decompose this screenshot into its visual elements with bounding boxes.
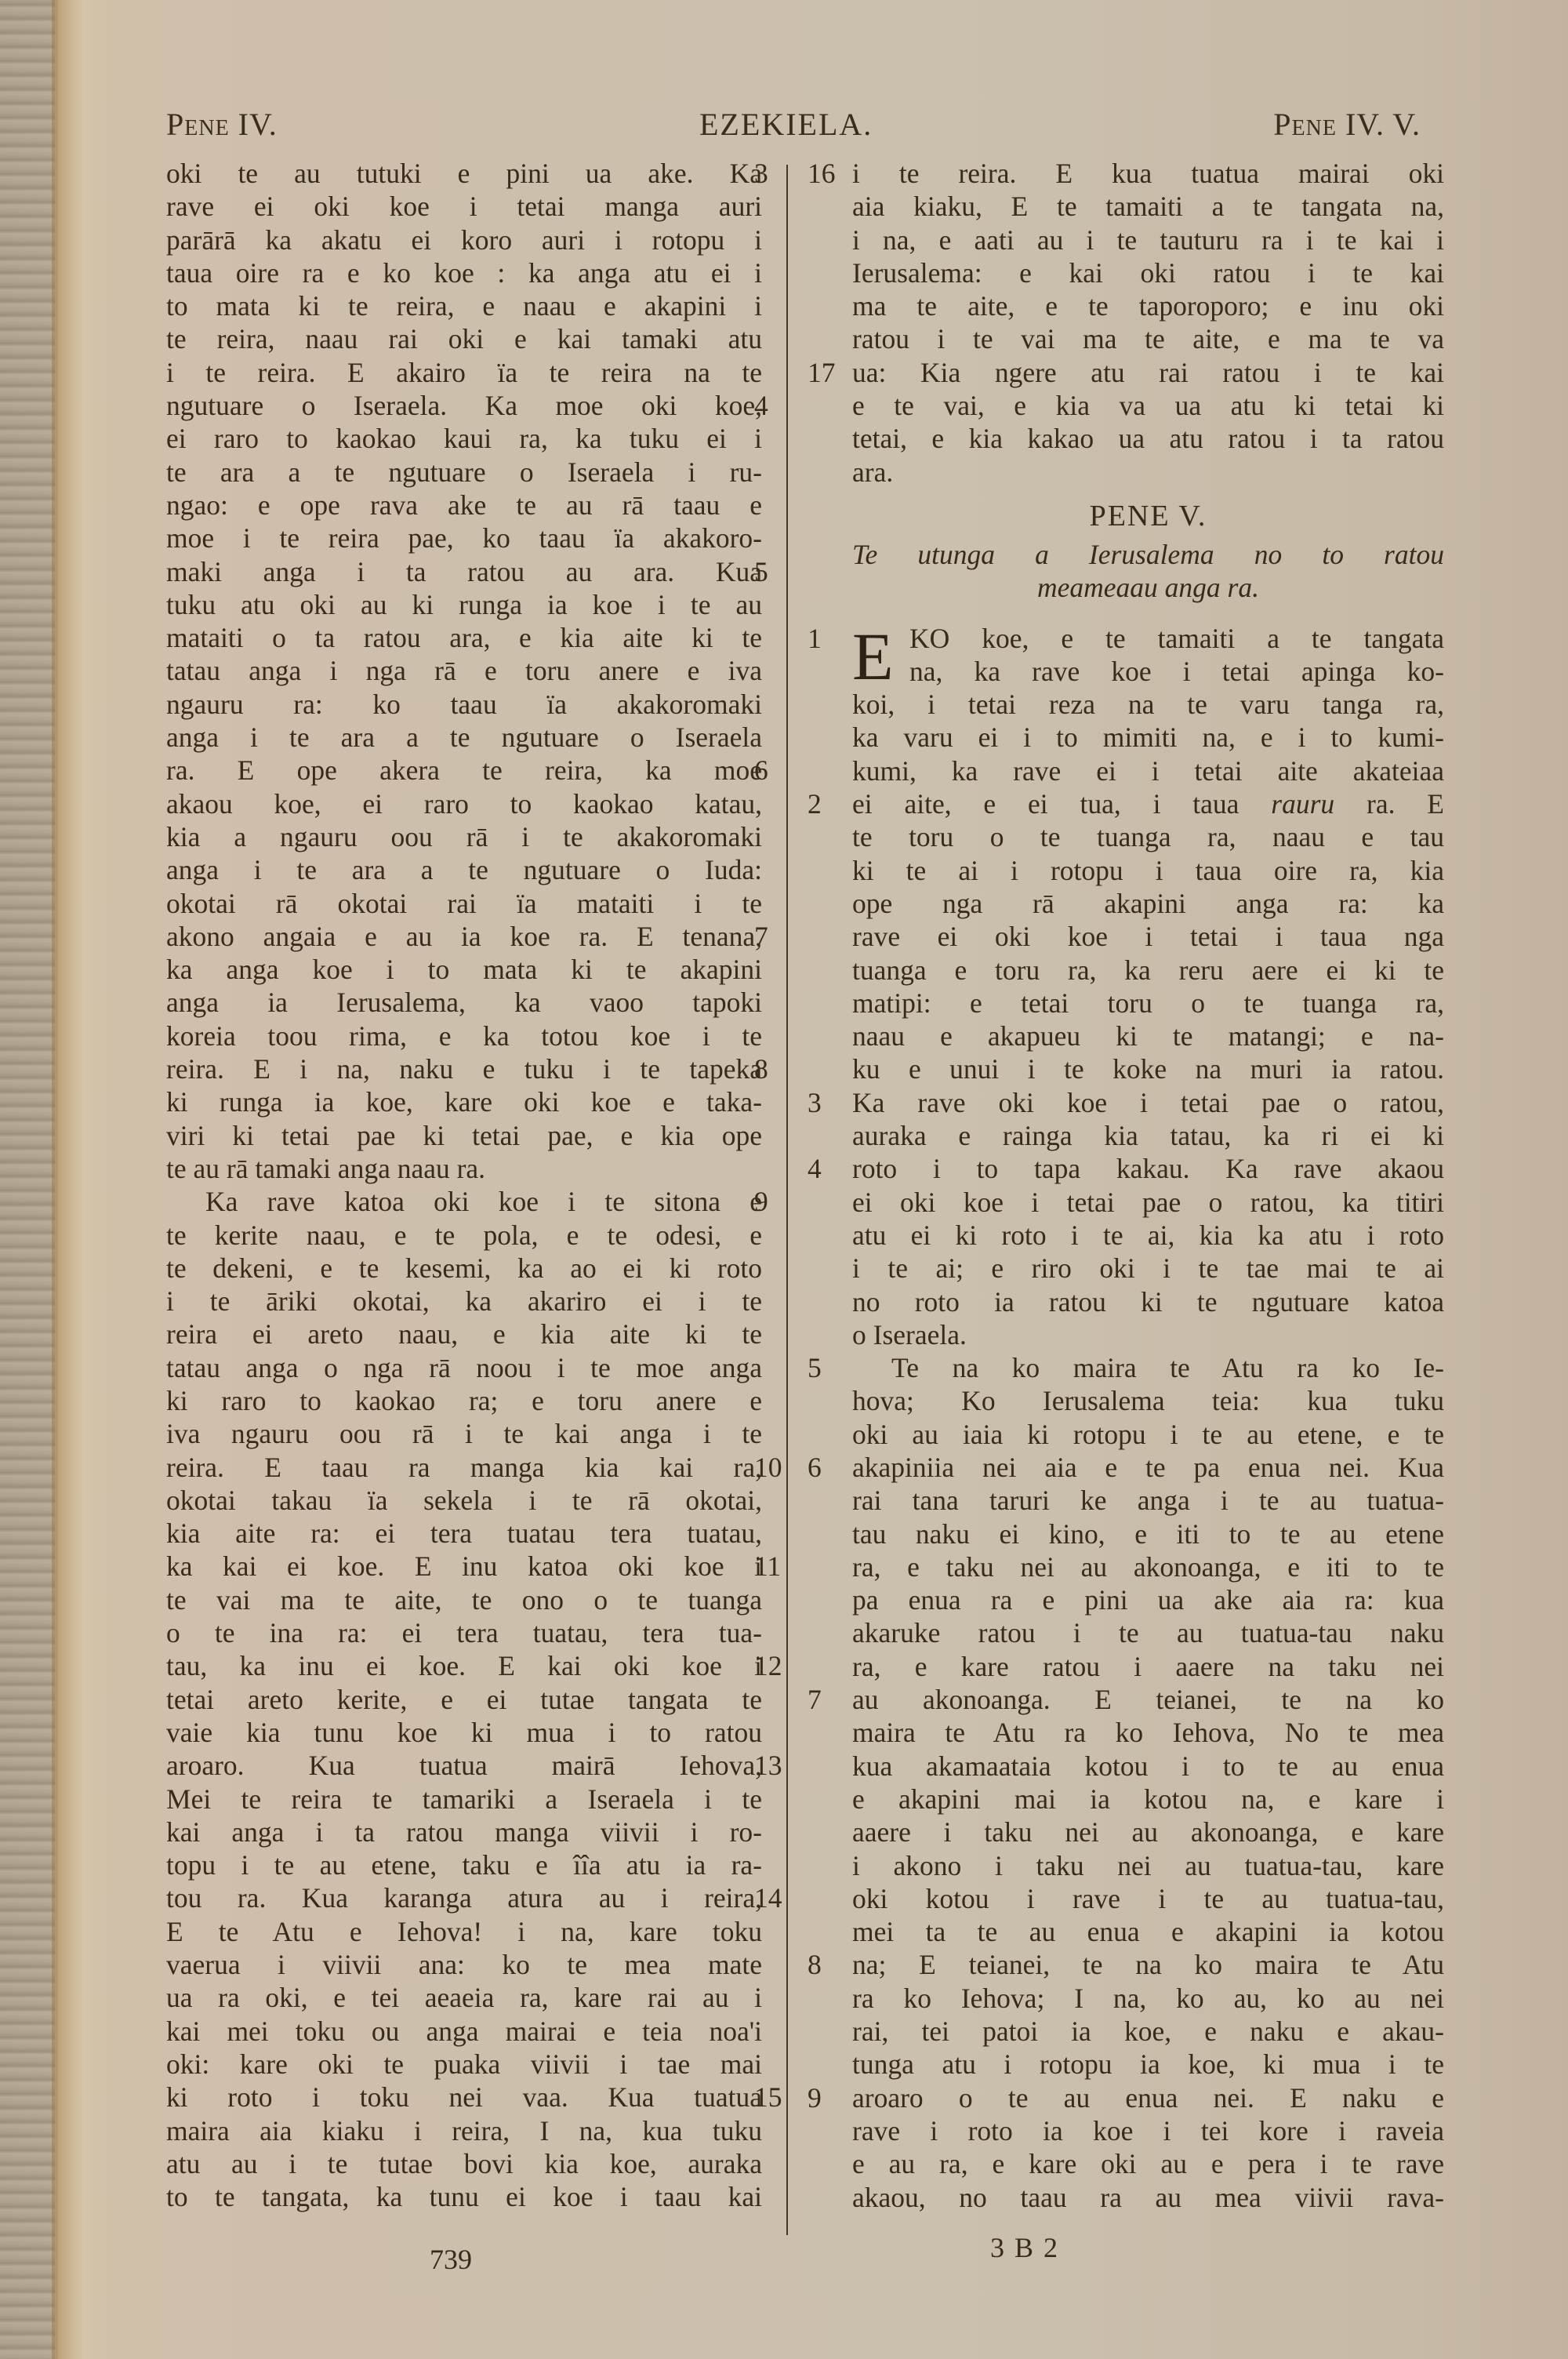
verse-number: 11 — [754, 1550, 786, 1583]
line-text: mei ta te au enua e akapini ia kotou — [852, 1915, 1444, 1948]
text-line: rai tana taruri ke anga i te au tuatua- — [808, 1484, 1427, 1517]
text-line: auraka e rainga kia tatau, ka ri ei ki — [808, 1119, 1427, 1152]
text-line: kai anga i ta ratou manga viivii i ro- — [166, 1816, 774, 1848]
line-text: i te reira. E kua tuatua mairai oki — [852, 157, 1444, 190]
line-text: ei aite, e ei tua, i taua rauru ra. E — [852, 787, 1444, 820]
verse-number: 7 — [808, 1683, 839, 1716]
line-text: ka kai ei koe. E inu katoa oki koe i — [166, 1550, 762, 1583]
text-line: i te āriki okotai, ka akariro ei i te — [166, 1285, 774, 1318]
text-line: kia a ngauru oou rā i te akakoromaki — [166, 820, 774, 853]
text-line: oki kotou i rave i te au tuatua-tau, — [808, 1882, 1427, 1915]
line-text: Mei te reira te tamariki a Iseraela i te — [166, 1783, 762, 1816]
text-line: moe i te reira pae, ko taau ïa akakoro- — [166, 522, 774, 554]
line-text: ka varu ei i to mimiti na, e i to kumi- — [852, 721, 1444, 754]
line-text: ua: Kia ngere atu rai ratou i te kai — [852, 356, 1444, 389]
text-line: ka kai ei koe. E inu katoa oki koe i11 — [166, 1550, 774, 1583]
verse-number: 9 — [754, 1185, 786, 1218]
line-text: ei oki koe i tetai pae o ratou, ka titir… — [852, 1186, 1444, 1219]
verse-number: 4 — [808, 1152, 839, 1185]
line-text: te reira, naau rai oki e kai tamaki atu — [166, 322, 762, 355]
verse-number: 6 — [808, 1451, 839, 1484]
text-line: e akapini mai ia kotou na, e kare i — [808, 1783, 1427, 1816]
line-text: ra ko Iehova; I na, ko au, ko au nei — [852, 1982, 1444, 2015]
text-line: E te Atu e Iehova! i na, kare toku — [166, 1915, 774, 1948]
chapter-heading: PENE V. — [852, 489, 1444, 543]
text-line: matipi: e tetai toru o te tuanga ra, — [808, 987, 1427, 1020]
text-line: ra. E ope akera te reira, ka moe6 — [166, 754, 774, 787]
text-line: te vai ma te aite, te ono o te tuanga — [166, 1583, 774, 1616]
verse-number: 15 — [754, 2081, 786, 2114]
line-text: moe i te reira pae, ko taau ïa akakoro- — [166, 522, 762, 554]
text-line: kai mei toku ou anga mairai e teia noa'i — [166, 2015, 774, 2048]
running-head-left: Pene IV. — [166, 106, 278, 143]
text-line: 5Te na ko maira te Atu ra ko Ie- — [808, 1351, 1427, 1384]
line-text: akono angaia e au ia koe ra. E tenana, — [166, 920, 762, 953]
gutter-shadow — [52, 0, 83, 2359]
text-line: akono angaia e au ia koe ra. E tenana,7 — [166, 920, 774, 953]
line-text: ngauru ra: ko taau ïa akakoromaki — [166, 688, 762, 721]
text-line: oki te au tutuki e pini ua ake. Ka3 — [166, 157, 774, 190]
line-text: o Iseraela. — [852, 1318, 1444, 1351]
chapter-summary-line: meameaau anga ra. — [808, 571, 1427, 604]
line-text: ra, e kare ratou i aaere na taku nei — [852, 1650, 1444, 1683]
verse-number: 2 — [808, 787, 839, 820]
text-line: 16i te reira. E kua tuatua mairai oki — [808, 157, 1427, 190]
text-line: 8na; E teianei, te na ko maira te Atu — [808, 1948, 1427, 1981]
line-text: pa enua ra e pini ua ake aia ra: kua — [852, 1583, 1444, 1616]
line-text: ope nga rā akapini anga ra: ka — [852, 887, 1444, 920]
text-line: rave ei oki koe i tetai i taua nga — [808, 920, 1427, 953]
chapter-summary-line: Te utunga a Ierusalema no to ratou — [808, 538, 1427, 571]
line-text: matipi: e tetai toru o te tuanga ra, — [852, 987, 1444, 1020]
text-line: kua akamaataia kotou i to te au enua — [808, 1750, 1427, 1783]
text-line: te au rā tamaki anga naau ra. — [166, 1152, 774, 1185]
running-head-right: Pene IV. V. — [1273, 106, 1421, 143]
line-text: te dekeni, e te kesemi, ka ao ei ki roto — [166, 1252, 762, 1285]
text-line: anga ia Ierusalema, ka vaoo tapoki — [166, 986, 774, 1019]
line-text: E te Atu e Iehova! i na, kare toku — [166, 1915, 762, 1948]
verse-number: 12 — [754, 1649, 786, 1682]
text-line: naau e akapueu ki te matangi; e na- — [808, 1020, 1427, 1052]
previous-page-curl — [0, 0, 58, 2359]
verse-number: 1 — [808, 622, 839, 655]
text-line: o Iseraela. — [808, 1318, 1427, 1351]
line-text: kua akamaataia kotou i to te au enua — [852, 1750, 1444, 1783]
line-text: iva ngauru oou rā i te kai anga i te — [166, 1417, 762, 1450]
verse-number: 8 — [754, 1052, 786, 1085]
line-text: oki te au tutuki e pini ua ake. Ka — [166, 157, 762, 190]
line-text: kai mei toku ou anga mairai e teia noa'i — [166, 2015, 762, 2048]
chapter-summary-text: meameaau anga ra. — [852, 571, 1444, 604]
line-text: ki runga ia koe, kare oki koe e taka- — [166, 1085, 762, 1118]
text-line: hova; Ko Ierusalema teia: kua tuku — [808, 1384, 1427, 1417]
text-line: Ierusalema: e kai oki ratou i te kai — [808, 256, 1427, 289]
text-line: ka anga koe i to mata ki te akapini — [166, 953, 774, 986]
line-text: parārā ka akatu ei koro auri i rotopu i — [166, 224, 762, 256]
line-text: tetai, e kia kakao ua atu ratou i ta rat… — [852, 422, 1444, 455]
line-text: to mata ki te reira, e naau e akapini i — [166, 289, 762, 322]
text-line: akaou koe, ei raro to kaokao katau, — [166, 787, 774, 820]
line-text: to te tangata, ka tunu ei koe i taau kai — [166, 2180, 762, 2213]
text-line: ua ra oki, e tei aeaeia ra, kare rai au … — [166, 1981, 774, 2014]
verse-number: 17 — [808, 356, 839, 389]
verse-number: 7 — [754, 920, 786, 953]
text-line: 1KO koe, e te tamaiti a te tangataE — [808, 622, 1427, 655]
line-text: te kerite naau, e te pola, e te odesi, e — [166, 1219, 762, 1252]
chapter-summary-text: Te utunga a Ierusalema no to ratou — [852, 538, 1444, 571]
line-text: akaruke ratou i te au tuatua-tau naku — [852, 1616, 1444, 1649]
text-line: aia kiaku, E te tamaiti a te tangata na, — [808, 190, 1427, 223]
text-line: Ka rave katoa oki koe i te sitona e9 — [166, 1185, 774, 1218]
line-text: tatau anga o nga rā noou i te moe anga — [166, 1351, 762, 1384]
line-text: ki raro to kaokao ra; e toru anere e — [166, 1384, 762, 1417]
line-text: au akonoanga. E teianei, te na ko — [852, 1683, 1444, 1716]
line-text: aroaro o te au enua nei. E naku e — [852, 2081, 1444, 2114]
line-text: i te reira. E akairo ïa te reira na te — [166, 356, 762, 389]
verse-number: 9 — [808, 2081, 839, 2114]
line-text: vaie kia tunu koe ki mua i to ratou — [166, 1716, 762, 1749]
text-line: tetai, e kia kakao ua atu ratou i ta rat… — [808, 422, 1427, 455]
running-head-title: EZEKIELA. — [699, 106, 873, 143]
line-text: te ara a te ngutuare o Iseraela i ru- — [166, 456, 762, 489]
line-text: oki au iaia ki rotopu i te au etene, e t… — [852, 1418, 1444, 1451]
line-text: rave ei oki koe i tetai manga auri — [166, 190, 762, 223]
line-text: aia kiaku, E te tamaiti a te tangata na, — [852, 190, 1444, 223]
text-line: ki te ai i rotopu i taua oire ra, kia — [808, 854, 1427, 887]
line-text: tetai areto kerite, e ei tutae tangata t… — [166, 1683, 762, 1716]
line-text: rai tana taruri ke anga i te au tuatua- — [852, 1484, 1444, 1517]
text-line: ngutuare o Iseraela. Ka moe oki koe,4 — [166, 389, 774, 422]
line-text: ra, e taku nei au akonoanga, e iti to te — [852, 1550, 1444, 1583]
line-text: tuku atu oki au ki runga ia koe i te au — [166, 588, 762, 621]
text-line: te kerite naau, e te pola, e te odesi, e — [166, 1219, 774, 1252]
line-text: rave ei oki koe i tetai i taua nga — [852, 920, 1444, 953]
line-text: ua ra oki, e tei aeaeia ra, kare rai au … — [166, 1981, 762, 2014]
line-text: akaou, no taau ra au mea viivii rava- — [852, 2181, 1444, 2214]
text-line: ki raro to kaokao ra; e toru anere e — [166, 1384, 774, 1417]
text-line: vaerua i viivii ana: ko te mea mate — [166, 1948, 774, 1981]
chapter-heading-row: PENE V. — [808, 489, 1427, 538]
text-line: i na, e aati au i te tauturu ra i te kai… — [808, 224, 1427, 256]
line-text: viri ki tetai pae ki tetai pae, e kia op… — [166, 1119, 762, 1152]
line-text: te toru o te tuanga ra, naau e tau — [852, 820, 1444, 853]
line-text: te au rā tamaki anga naau ra. — [166, 1152, 762, 1185]
line-text: tuanga e toru ra, ka reru aere ei ki te — [852, 954, 1444, 987]
italic-word: rauru — [1271, 788, 1334, 820]
text-line: ra ko Iehova; I na, ko au, ko au nei — [808, 1982, 1427, 2015]
line-text: ki te ai i rotopu i taua oire ra, kia — [852, 854, 1444, 887]
line-text: ki roto i toku nei vaa. Kua tuatua — [166, 2081, 762, 2114]
text-line: maki anga i ta ratou au ara. Kua5 — [166, 555, 774, 588]
text-line: tuanga e toru ra, ka reru aere ei ki te — [808, 954, 1427, 987]
text-line: e au ra, e kare oki au e pera i te rave — [808, 2147, 1427, 2180]
text-line: ei raro to kaokao kaui ra, ka tuku ei i — [166, 422, 774, 455]
line-text: na; E teianei, te na ko maira te Atu — [852, 1948, 1444, 1981]
line-text: Ka rave oki koe i tetai pae o ratou, — [852, 1086, 1444, 1119]
line-text: ngao: e ope rava ake te au rā taau e — [166, 489, 762, 522]
line-text: atu ei ki roto i te ai, kia ka atu i rot… — [852, 1219, 1444, 1252]
right-column: 16i te reira. E kua tuatua mairai okiaia… — [808, 157, 1427, 2214]
text-line: to mata ki te reira, e naau e akapini i — [166, 289, 774, 322]
text-line: reira. E taau ra manga kia kai ra,10 — [166, 1451, 774, 1484]
verse-number: 3 — [808, 1086, 839, 1119]
text-line: tau, ka inu ei koe. E kai oki koe i12 — [166, 1649, 774, 1682]
text-line: maira te Atu ra ko Iehova, No te mea — [808, 1716, 1427, 1749]
text-line: 3Ka rave oki koe i tetai pae o ratou, — [808, 1086, 1427, 1119]
text-line: akaou, no taau ra au mea viivii rava- — [808, 2181, 1427, 2214]
column-divider — [786, 165, 788, 2235]
page-number: 739 — [430, 2243, 472, 2276]
line-text: vaerua i viivii ana: ko te mea mate — [166, 1948, 762, 1981]
line-text: no roto ia ratou ki te ngutuare katoa — [852, 1285, 1444, 1318]
text-line: 4roto i to tapa kakau. Ka rave akaou — [808, 1152, 1427, 1185]
text-line: mei ta te au enua e akapini ia kotou — [808, 1915, 1427, 1948]
text-line: aaere i taku nei au akonoanga, e kare — [808, 1816, 1427, 1848]
line-text: kai anga i ta ratou manga viivii i ro- — [166, 1816, 762, 1848]
text-line: to te tangata, ka tunu ei koe i taau kai — [166, 2180, 774, 2213]
line-text: anga i te ara a te ngutuare o Iuda: — [166, 853, 762, 886]
line-text: i te āriki okotai, ka akariro ei i te — [166, 1285, 762, 1318]
text-line: parārā ka akatu ei koro auri i rotopu i — [166, 224, 774, 256]
line-text: ngutuare o Iseraela. Ka moe oki koe, — [166, 389, 762, 422]
line-text: kia a ngauru oou rā i te akakoromaki — [166, 820, 762, 853]
line-text: reira ei areto naau, e kia aite ki te — [166, 1318, 762, 1350]
verse-number: 13 — [754, 1749, 786, 1782]
line-text: Ierusalema: e kai oki ratou i te kai — [852, 256, 1444, 289]
line-text: tau, ka inu ei koe. E kai oki koe i — [166, 1649, 762, 1682]
text-line: topu i te au etene, taku e îîa atu ia ra… — [166, 1848, 774, 1881]
line-text: ei raro to kaokao kaui ra, ka tuku ei i — [166, 422, 762, 455]
text-line: ki roto i toku nei vaa. Kua tuatua15 — [166, 2081, 774, 2114]
line-text: tatau anga i nga rā e toru anere e iva — [166, 654, 762, 687]
text-line: i akono i taku nei au tuatua-tau, kare — [808, 1849, 1427, 1882]
line-text: auraka e rainga kia tatau, ka ri ei ki — [852, 1119, 1444, 1152]
line-text: topu i te au etene, taku e îîa atu ia ra… — [166, 1848, 762, 1881]
text-line: ku e unui i te koke na muri ia ratou. — [808, 1052, 1427, 1085]
text-line: maira aia kiaku i reira, I na, kua tuku — [166, 2114, 774, 2147]
text-line: rai, tei patoi ia koe, e naku e akau- — [808, 2015, 1427, 2048]
text-line: vaie kia tunu koe ki mua i to ratou — [166, 1716, 774, 1749]
line-text: ara. — [852, 456, 1444, 489]
text-line: tetai areto kerite, e ei tutae tangata t… — [166, 1683, 774, 1716]
line-text: ratou i te vai ma te aite, e ma te va — [852, 322, 1444, 355]
text-line: ngauru ra: ko taau ïa akakoromaki — [166, 688, 774, 721]
text-line: mataiti o ta ratou ara, e kia aite ki te — [166, 621, 774, 654]
signature-mark: 3 B 2 — [990, 2231, 1059, 2264]
line-text: e au ra, e kare oki au e pera i te rave — [852, 2147, 1444, 2180]
verse-number: 8 — [808, 1948, 839, 1981]
text-line: okotai rā okotai rai ïa mataiti i te — [166, 887, 774, 920]
line-text: okotai rā okotai rai ïa mataiti i te — [166, 887, 762, 920]
line-text: rave i roto ia koe i tei kore i raveia — [852, 2114, 1444, 2147]
verse-number: 5 — [754, 555, 786, 588]
line-text: aroaro. Kua tuatua mairā Iehova, — [166, 1749, 762, 1782]
verse-number: 3 — [754, 157, 786, 190]
line-text: roto i to tapa kakau. Ka rave akaou — [852, 1152, 1444, 1185]
line-text: maira aia kiaku i reira, I na, kua tuku — [166, 2114, 762, 2147]
text-line: Mei te reira te tamariki a Iseraela i te — [166, 1783, 774, 1816]
text-line: oki au iaia ki rotopu i te au etene, e t… — [808, 1418, 1427, 1451]
line-text: oki kotou i rave i te au tuatua-tau, — [852, 1882, 1444, 1915]
line-text: te vai ma te aite, te ono o te tuanga — [166, 1583, 762, 1616]
line-text: o te ina ra: ei tera tuatau, tera tua- — [166, 1616, 762, 1649]
line-text: i te ai; e riro oki i te tae mai te ai — [852, 1252, 1444, 1285]
text-line: ra, e kare ratou i aaere na taku nei — [808, 1650, 1427, 1683]
line-text: ka anga koe i to mata ki te akapini — [166, 953, 762, 986]
text-line: ra, e taku nei au akonoanga, e iti to te — [808, 1550, 1427, 1583]
text-line: ngao: e ope rava ake te au rā taau e — [166, 489, 774, 522]
text-line: o te ina ra: ei tera tuatau, tera tua- — [166, 1616, 774, 1649]
text-line: oki: kare oki te puaka viivii i tae mai — [166, 2048, 774, 2081]
text-line: 6akapiniia nei aia e te pa enua nei. Kua — [808, 1451, 1427, 1484]
text-line: atu ei ki roto i te ai, kia ka atu i rot… — [808, 1219, 1427, 1252]
running-head: Pene IV. EZEKIELA. Pene IV. V. — [166, 106, 1421, 145]
line-text: koreia toou rima, e ka totou koe i te — [166, 1020, 762, 1052]
line-text: ma te aite, e te taporoporo; e inu oki — [852, 289, 1444, 322]
line-text: maira te Atu ra ko Iehova, No te mea — [852, 1716, 1444, 1749]
text-line: akaruke ratou i te au tuatua-tau naku — [808, 1616, 1427, 1649]
line-text: ra. E ope akera te reira, ka moe — [166, 754, 762, 787]
line-text: okotai takau ïa sekela i te rā okotai, — [166, 1484, 762, 1517]
text-line: ope nga rā akapini anga ra: ka — [808, 887, 1427, 920]
line-text: reira. E taau ra manga kia kai ra, — [166, 1451, 762, 1484]
text-line: tatau anga i nga rā e toru anere e iva — [166, 654, 774, 687]
text-line: na, ka rave koe i tetai apinga ko- — [808, 655, 1427, 688]
line-text: naau e akapueu ki te matangi; e na- — [852, 1020, 1444, 1052]
line-text: kia aite ra: ei tera tuatau tera tuatau, — [166, 1517, 762, 1550]
text-line: kia aite ra: ei tera tuatau tera tuatau, — [166, 1517, 774, 1550]
line-text: anga ia Ierusalema, ka vaoo tapoki — [166, 986, 762, 1019]
line-text: ku e unui i te koke na muri ia ratou. — [852, 1052, 1444, 1085]
text-line: aroaro. Kua tuatua mairā Iehova,13 — [166, 1749, 774, 1782]
line-text: koi, i tetai reza na te varu tanga ra, — [852, 688, 1444, 721]
line-text: e akapini mai ia kotou na, e kare i — [852, 1783, 1444, 1816]
line-text: kumi, ka rave ei i tetai aite akateiaa — [852, 754, 1444, 787]
line-text: na, ka rave koe i tetai apinga ko- — [909, 655, 1444, 688]
text-line: i te reira. E akairo ïa te reira na te — [166, 356, 774, 389]
text-line: reira. E i na, naku e tuku i te tapeka8 — [166, 1052, 774, 1085]
line-text: rai, tei patoi ia koe, e naku e akau- — [852, 2015, 1444, 2048]
line-text: atu au i te tutae bovi kia koe, auraka — [166, 2147, 762, 2180]
text-line: rave ei oki koe i tetai manga auri — [166, 190, 774, 223]
spacer — [808, 605, 1427, 622]
line-text: aaere i taku nei au akonoanga, e kare — [852, 1816, 1444, 1848]
line-text: Te na ko maira te Atu ra ko Ie- — [852, 1351, 1444, 1384]
text-line: tunga atu i rotopu ia koe, ki mua i te — [808, 2048, 1427, 2081]
text-line: e te vai, e kia va ua atu ki tetai ki — [808, 389, 1427, 422]
line-text: KO koe, e te tamaiti a te tangata — [909, 622, 1444, 655]
line-text: oki: kare oki te puaka viivii i tae mai — [166, 2048, 762, 2081]
text-line: reira ei areto naau, e kia aite ki te — [166, 1318, 774, 1350]
text-line: ka varu ei i to mimiti na, e i to kumi- — [808, 721, 1427, 754]
text-line: okotai takau ïa sekela i te rā okotai, — [166, 1484, 774, 1517]
line-text: tau naku ei kino, e iti to te au etene — [852, 1518, 1444, 1550]
line-text: e te vai, e kia va ua atu ki tetai ki — [852, 389, 1444, 422]
text-line: ki runga ia koe, kare oki koe e taka- — [166, 1085, 774, 1118]
line-text: tunga atu i rotopu ia koe, ki mua i te — [852, 2048, 1444, 2081]
text-line: viri ki tetai pae ki tetai pae, e kia op… — [166, 1119, 774, 1152]
text-line: i te ai; e riro oki i te tae mai te ai — [808, 1252, 1427, 1285]
text-line: 2ei aite, e ei tua, i taua rauru ra. E — [808, 787, 1427, 820]
text-line: tau naku ei kino, e iti to te au etene — [808, 1518, 1427, 1550]
verse-number: 6 — [754, 754, 786, 787]
text-line: ara. — [808, 456, 1427, 489]
line-text: Ka rave katoa oki koe i te sitona e — [166, 1185, 762, 1218]
text-line: tuku atu oki au ki runga ia koe i te au — [166, 588, 774, 621]
text-line: iva ngauru oou rā i te kai anga i te — [166, 1417, 774, 1450]
text-line: ratou i te vai ma te aite, e ma te va — [808, 322, 1427, 355]
text-line: anga i te ara a te ngutuare o Iuda: — [166, 853, 774, 886]
verse-number: 5 — [808, 1351, 839, 1384]
text-line: tatau anga o nga rā noou i te moe anga — [166, 1351, 774, 1384]
text-line: te toru o te tuanga ra, naau e tau — [808, 820, 1427, 853]
line-text: i akono i taku nei au tuatua-tau, kare — [852, 1849, 1444, 1882]
text-line: koreia toou rima, e ka totou koe i te — [166, 1020, 774, 1052]
verse-number: 14 — [754, 1881, 786, 1914]
text-line: 17ua: Kia ngere atu rai ratou i te kai — [808, 356, 1427, 389]
line-text: taua oire ra e ko koe : ka anga atu ei i — [166, 256, 762, 289]
verse-number: 4 — [754, 389, 786, 422]
text-line: taua oire ra e ko koe : ka anga atu ei i — [166, 256, 774, 289]
line-text: mataiti o ta ratou ara, e kia aite ki te — [166, 621, 762, 654]
text-line: anga i te ara a te ngutuare o Iseraela — [166, 721, 774, 754]
line-text: akapiniia nei aia e te pa enua nei. Kua — [852, 1451, 1444, 1484]
line-text: hova; Ko Ierusalema teia: kua tuku — [852, 1384, 1444, 1417]
text-line: 7au akonoanga. E teianei, te na ko — [808, 1683, 1427, 1716]
line-text: anga i te ara a te ngutuare o Iseraela — [166, 721, 762, 754]
text-line: pa enua ra e pini ua ake aia ra: kua — [808, 1583, 1427, 1616]
left-column: oki te au tutuki e pini ua ake. Ka3rave … — [166, 157, 774, 2213]
line-text: akaou koe, ei raro to kaokao katau, — [166, 787, 762, 820]
text-line: te dekeni, e te kesemi, ka ao ei ki roto — [166, 1252, 774, 1285]
text-line: te reira, naau rai oki e kai tamaki atu — [166, 322, 774, 355]
text-line: koi, i tetai reza na te varu tanga ra, — [808, 688, 1427, 721]
line-text: reira. E i na, naku e tuku i te tapeka — [166, 1052, 762, 1085]
text-line: no roto ia ratou ki te ngutuare katoa — [808, 1285, 1427, 1318]
text-line: ma te aite, e te taporoporo; e inu oki — [808, 289, 1427, 322]
text-line: atu au i te tutae bovi kia koe, auraka — [166, 2147, 774, 2180]
verse-number: 16 — [808, 157, 839, 190]
text-line: tou ra. Kua karanga atura au i reira,14 — [166, 1881, 774, 1914]
text-line: 9aroaro o te au enua nei. E naku e — [808, 2081, 1427, 2114]
verse-number: 10 — [754, 1451, 786, 1484]
line-text: i na, e aati au i te tauturu ra i te kai… — [852, 224, 1444, 256]
text-line: rave i roto ia koe i tei kore i raveia — [808, 2114, 1427, 2147]
text-line: ei oki koe i tetai pae o ratou, ka titir… — [808, 1186, 1427, 1219]
line-text: tou ra. Kua karanga atura au i reira, — [166, 1881, 762, 1914]
line-text: maki anga i ta ratou au ara. Kua — [166, 555, 762, 588]
text-line: kumi, ka rave ei i tetai aite akateiaa — [808, 754, 1427, 787]
text-line: te ara a te ngutuare o Iseraela i ru- — [166, 456, 774, 489]
